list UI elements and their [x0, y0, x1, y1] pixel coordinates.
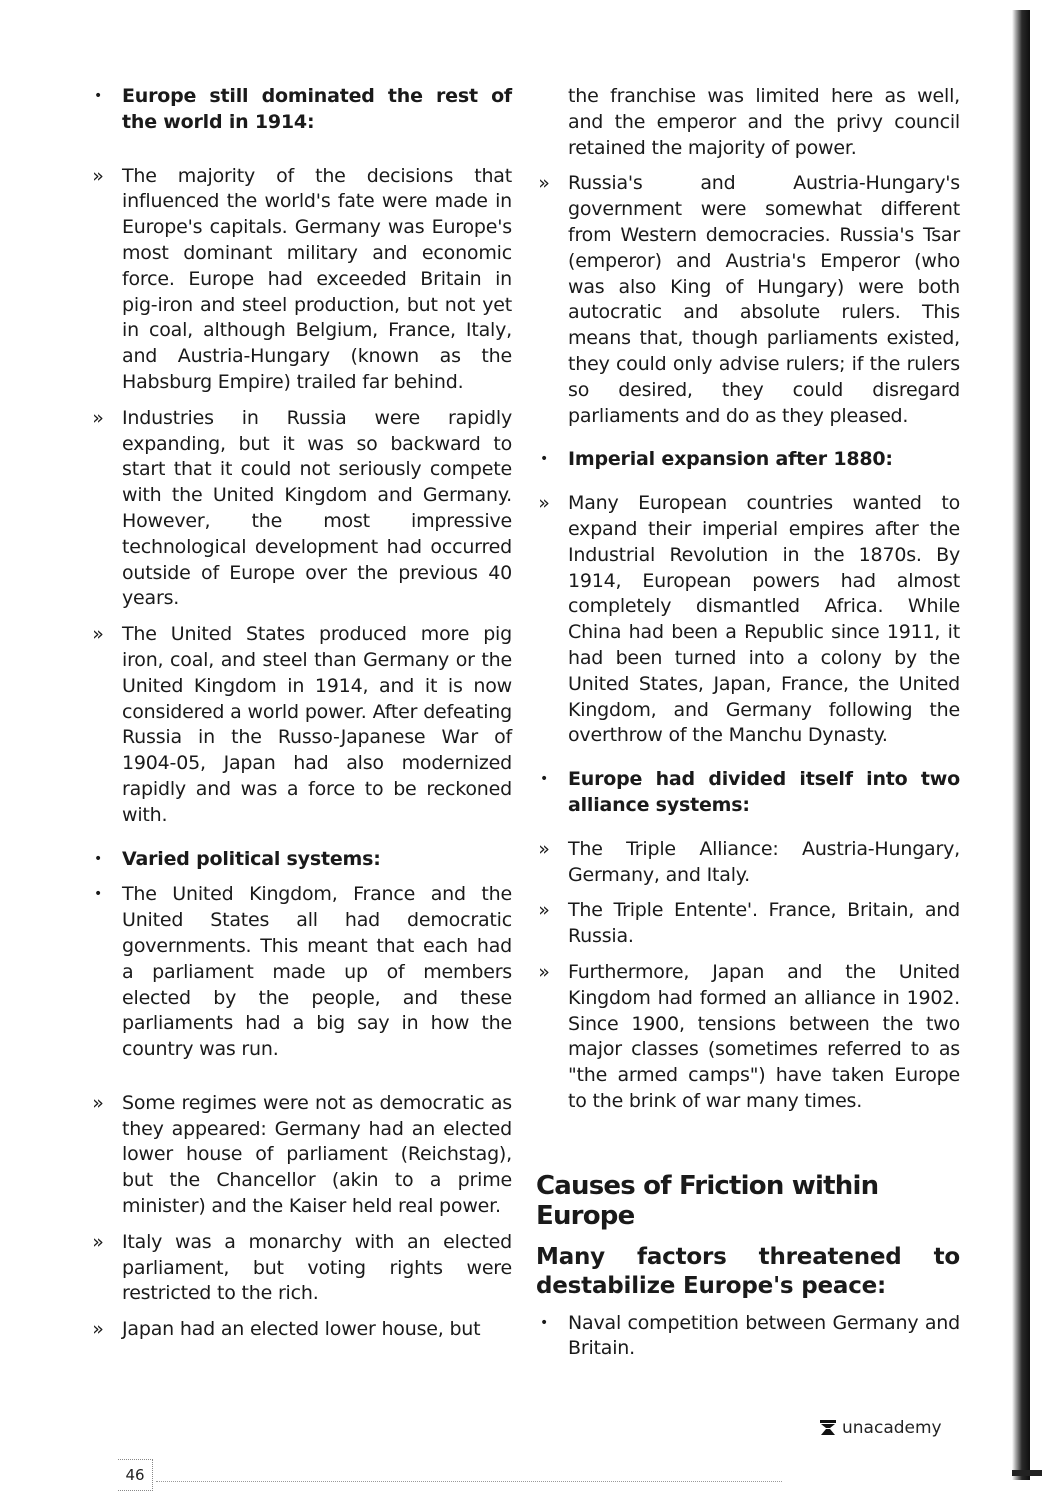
list-item: » Furthermore, Japan and the United King…	[534, 960, 960, 1115]
brand-name: unacademy	[842, 1418, 942, 1438]
paragraph-text: Some regimes were not as democratic as t…	[122, 1092, 512, 1217]
double-chevron-icon: »	[534, 960, 554, 986]
right-column: the franchise was limited here as well, …	[534, 84, 960, 1362]
heading-text: Varied political systems:	[122, 848, 381, 870]
paragraph-text: Industries in Russia were rapidly expand…	[122, 407, 512, 610]
heading-text: Imperial expansion after 1880:	[568, 448, 893, 470]
bullet-icon: •	[88, 847, 108, 873]
bullet-icon: •	[534, 1311, 554, 1337]
list-item: » Russia's and Austria-Hungary's governm…	[534, 171, 960, 429]
paragraph-text: Russia's and Austria-Hungary's governmen…	[568, 172, 960, 426]
paragraph-text: Italy was a monarchy with an elected par…	[122, 1231, 512, 1305]
double-chevron-icon: »	[88, 622, 108, 648]
bullet-icon: •	[534, 447, 554, 473]
paragraph-text: The United Kingdom, France and the Unite…	[122, 883, 512, 1060]
paragraph-text: The Triple Entente'. France, Britain, an…	[568, 899, 960, 947]
paragraph-text: The majority of the decisions that influ…	[122, 165, 512, 393]
paragraph-text: the franchise was limited here as well, …	[568, 85, 960, 159]
list-item: • The United Kingdom, France and the Uni…	[88, 882, 512, 1063]
double-chevron-icon: »	[88, 1091, 108, 1117]
list-item: » The majority of the decisions that inf…	[88, 164, 512, 396]
paragraph-text: Japan had an elected lower house, but	[122, 1318, 480, 1340]
paragraph-text: Furthermore, Japan and the United Kingdo…	[568, 961, 960, 1112]
paragraph-text: Naval competition between Germany and Br…	[568, 1312, 960, 1360]
double-chevron-icon: »	[534, 491, 554, 517]
bullet-heading-alliance-systems: • Europe had divided itself into two all…	[534, 767, 960, 819]
list-item: » The Triple Alliance: Austria-Hungary, …	[534, 837, 960, 889]
paragraph-text: The United States produced more pig iron…	[122, 623, 512, 826]
section-subtitle: Many factors threatened to destabilize E…	[536, 1243, 960, 1301]
double-chevron-icon: »	[88, 406, 108, 432]
double-chevron-icon: »	[88, 164, 108, 190]
paragraph-text: The Triple Alliance: Austria-Hungary, Ge…	[568, 838, 960, 886]
heading-text: Europe still dominated the rest of the w…	[122, 85, 512, 133]
bullet-icon: •	[88, 882, 108, 908]
bullet-heading-europe-dominated: • Europe still dominated the rest of the…	[88, 84, 512, 136]
double-chevron-icon: »	[534, 171, 554, 197]
left-column: • Europe still dominated the rest of the…	[88, 84, 512, 1343]
list-item: » Many European countries wanted to expa…	[534, 491, 960, 749]
list-item: » The United States produced more pig ir…	[88, 622, 512, 828]
page-number: 46	[118, 1459, 153, 1491]
section-title: Causes of Friction within Europe	[536, 1171, 960, 1231]
bullet-heading-political-systems: • Varied political systems:	[88, 847, 512, 873]
list-item: » Japan had an elected lower house, but	[88, 1317, 512, 1343]
list-item: » Italy was a monarchy with an elected p…	[88, 1230, 512, 1307]
list-item: • Naval competition between Germany and …	[534, 1311, 960, 1363]
list-item: » The Triple Entente'. France, Britain, …	[534, 898, 960, 950]
continuation-paragraph: the franchise was limited here as well, …	[534, 84, 960, 161]
list-item: » Some regimes were not as democratic as…	[88, 1091, 512, 1220]
scan-edge-shadow	[1012, 10, 1030, 1480]
unacademy-logo-icon	[818, 1418, 838, 1438]
heading-text: Europe had divided itself into two allia…	[568, 768, 960, 816]
list-item: » Industries in Russia were rapidly expa…	[88, 406, 512, 612]
double-chevron-icon: »	[88, 1317, 108, 1343]
bullet-icon: •	[88, 84, 108, 110]
footer-divider	[156, 1481, 782, 1482]
brand-logo: unacademy	[818, 1418, 942, 1438]
double-chevron-icon: »	[534, 898, 554, 924]
paragraph-text: Many European countries wanted to expand…	[568, 492, 960, 746]
scan-edge-foot	[1012, 1470, 1042, 1476]
double-chevron-icon: »	[88, 1230, 108, 1256]
double-chevron-icon: »	[534, 837, 554, 863]
bullet-heading-imperial-expansion: • Imperial expansion after 1880:	[534, 447, 960, 473]
bullet-icon: •	[534, 767, 554, 793]
